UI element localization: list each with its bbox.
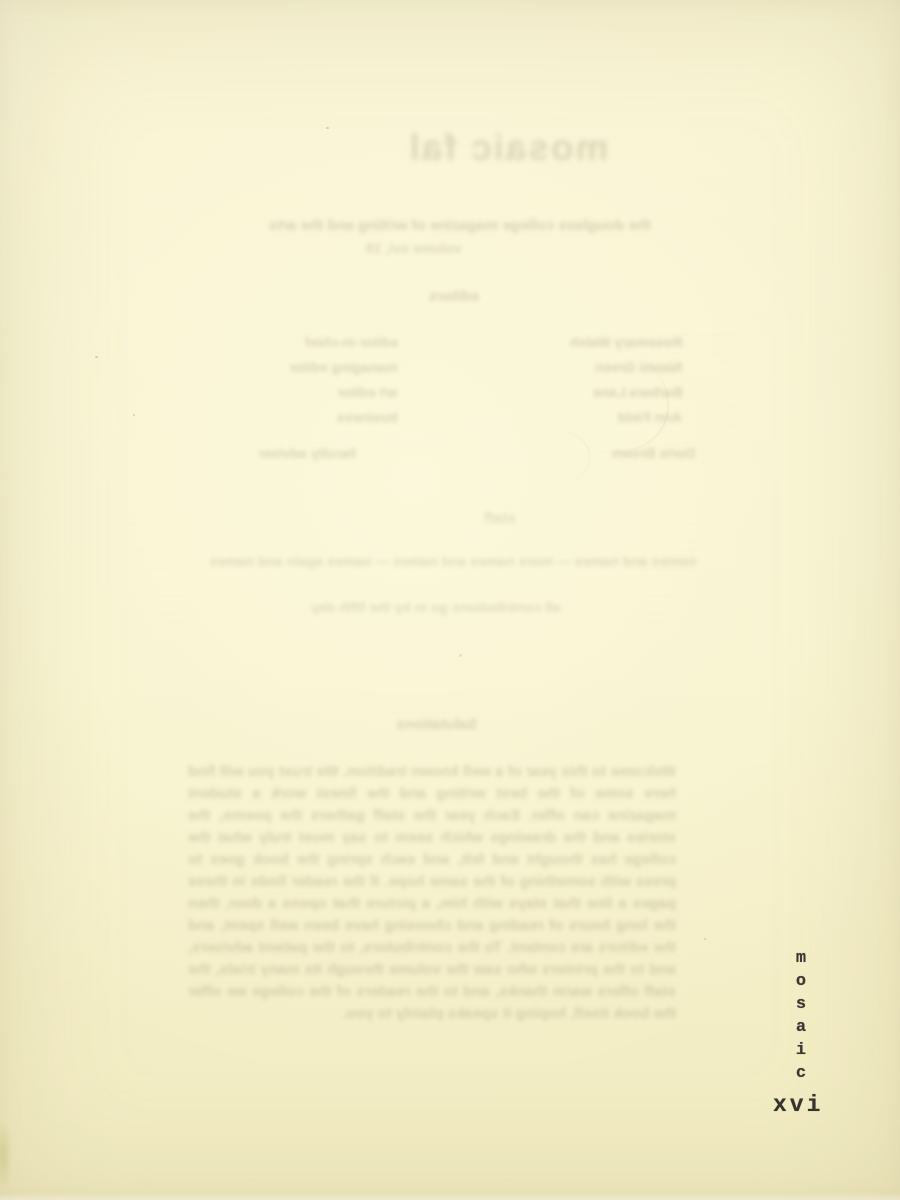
bleedthrough-staff-line2: all contributions go in by the fifth day bbox=[294, 599, 578, 615]
bleedthrough-title: mosaic fal bbox=[372, 127, 644, 175]
bleedthrough-editor-row: managing editor Naomi Green bbox=[278, 355, 682, 380]
vertical-title-letter: o bbox=[789, 970, 813, 993]
bleedthrough-subtitle-line1: the douglass college magazine of writing… bbox=[250, 217, 670, 234]
paper-speck bbox=[95, 356, 98, 358]
edge-smudge bbox=[0, 1120, 12, 1190]
scan-vignette bbox=[0, 0, 900, 1200]
paper-speck bbox=[133, 414, 135, 416]
page-number: xvi bbox=[773, 1092, 823, 1118]
bleedthrough-editor-row: editor-in-chief Rosemary Walsh bbox=[278, 330, 682, 355]
paper-texture bbox=[0, 0, 900, 1200]
bleedthrough-adviser-row: faculty adviser Doris Brown bbox=[258, 443, 695, 463]
bleedthrough-staff-line1: names and names — more names and names —… bbox=[224, 553, 696, 569]
scan-bottom-edge bbox=[0, 1193, 900, 1200]
vertical-title-letter: a bbox=[789, 1016, 813, 1039]
vertical-title-letter: s bbox=[789, 993, 813, 1016]
vertical-title-mosaic: mosaic bbox=[789, 947, 813, 1085]
vertical-title-letter: i bbox=[789, 1039, 813, 1062]
paper-crease bbox=[464, 418, 597, 512]
paper-speck bbox=[459, 654, 462, 657]
vertical-title-letter: c bbox=[789, 1062, 813, 1085]
bleedthrough-staff-heading: staff bbox=[420, 510, 580, 527]
bleedthrough-adviser-left: faculty adviser bbox=[258, 443, 356, 463]
paper-speck bbox=[326, 127, 329, 129]
scanned-page: mosaic fal the douglass college magazine… bbox=[0, 0, 900, 1200]
paper-speck bbox=[704, 938, 706, 940]
bleedthrough-paragraph: Welcome to this year of a well known tra… bbox=[188, 761, 676, 1025]
bleedthrough-subtitle-line2: volume xvi, 19 bbox=[348, 240, 480, 256]
bleedthrough-salutations-heading: Salutations bbox=[372, 716, 502, 733]
bleedthrough-editors-heading: editors bbox=[404, 288, 504, 305]
bleedthrough-editor-row: art editor Barbara Lane bbox=[278, 380, 682, 405]
vertical-title-letter: m bbox=[789, 947, 813, 970]
bleedthrough-adviser-right: Doris Brown bbox=[612, 443, 695, 463]
paper-crease bbox=[514, 316, 688, 474]
bleedthrough-editor-list: editor-in-chief Rosemary Walsh managing … bbox=[278, 330, 682, 430]
bleedthrough-editor-row: business Ann Field bbox=[278, 405, 682, 430]
